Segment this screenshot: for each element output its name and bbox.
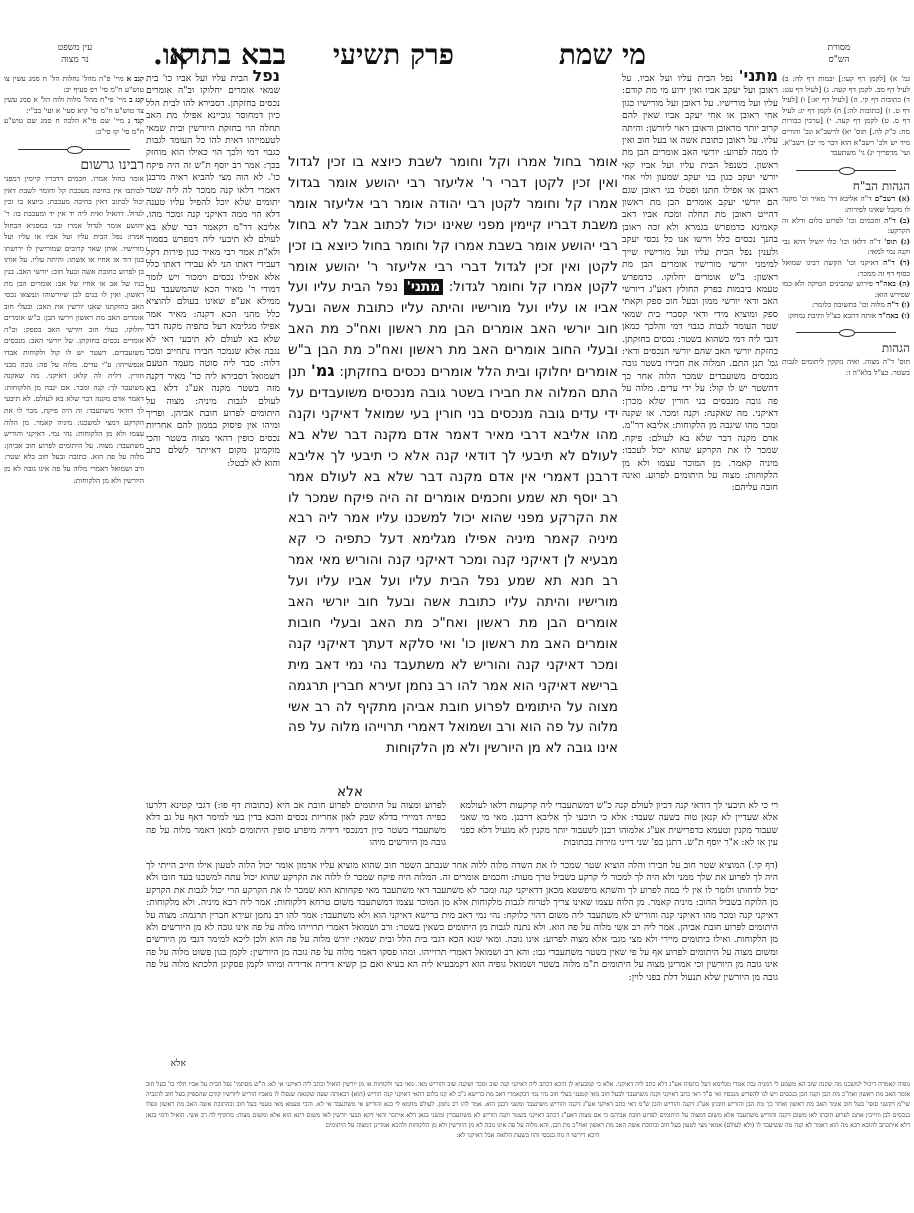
footer-notes: גופיה קאמרה דיכול למשכנו מה שקנה שוב הא …: [146, 1080, 910, 1172]
ornament-divider: [796, 165, 896, 175]
gemara-opening: אומר בחול אמרו וקל וחומר לשבת כיוצא בו ז…: [288, 154, 618, 295]
header-chapter-title: מי שמת: [559, 38, 646, 72]
rabbeinu-gershom-text: אומר בחול אמרו. חכמים דדבריו קיימין דמפנ…: [4, 173, 144, 486]
header-folio: קנו.: [153, 38, 194, 72]
ornament-divider: [18, 144, 130, 154]
hagahot-item: (א) רשב"ם ד"ה אליבא דר' מאיר וס' מקנה לו…: [782, 194, 910, 215]
lower-commentary-left: לפרוע ומצוה על היתומים לפרוע חובת אב היא…: [146, 800, 446, 858]
footer-text: גופיה קאמרה דיכול למשכנו מה שקנה שוב הא …: [146, 1081, 910, 1129]
ein-mishpat-list: קנב א מיי' פ"ה מהל' נחלות הל' ח סמג עשין…: [4, 74, 144, 138]
rabbeinu-gershom-title: רבינו גרשום: [4, 160, 144, 171]
lower-commentary-full: (דף קי.) המוציא שטר חוב על חבירו והלה הו…: [146, 860, 778, 1056]
hagahot-habach-title: הגהות הב"ח: [782, 181, 910, 192]
rashi-column: מתני' נפל הבית עליו ועל אביו. על ראובן ו…: [622, 70, 778, 760]
hagahot-item: (ז) באה"ד אותה דהכא כצ"ל ותיבת נמחק:: [782, 311, 910, 322]
ein-mishpat-item: קנד ג מיי' שם פי"א הלכה ח סמג שם טוש"ע ח…: [4, 116, 144, 137]
header-mesorat-hashas-label: מסורת הש"ס: [804, 42, 874, 66]
tosafot-column: נפל הבית עליו ועל אביו כו' בית שמאי אומר…: [146, 70, 280, 760]
hagahot-item: (ו) ד"ה מלוה וכו' בתשובה כלומר:: [782, 300, 910, 311]
tosafot-dibbur-hamatchil: נפל: [253, 70, 280, 85]
left-margin: קנב א מיי' פ"ה מהל' נחלות הל' ח סמג עשין…: [4, 74, 144, 1074]
rashi-dibbur-hamatchil: מתני': [739, 70, 778, 85]
gemara-main-text: אומר בחול אמרו וקל וחומר לשבת כיוצא בו ז…: [288, 152, 618, 784]
lower-commentary-right: רי כי לא תיבעי לך דודאי קנה דכיון לעולם …: [460, 800, 778, 858]
ein-mishpat-item: קנג ב מיי' פי"ח מהל' מלוה ולוה הל' א סמג…: [4, 95, 144, 116]
hagahot-habach-list: (א) רשב"ם ד"ה אליבא דר' מאיר וס' מקנה לו…: [782, 194, 910, 321]
hagahot-item: (ה) באה"ד פירוש שהבינים הטיקה ולא כמו שפ…: [782, 279, 910, 300]
header-chapter-number: פרק תשיעי: [333, 38, 454, 72]
hagahot-title: הגהות: [782, 343, 910, 354]
header-ein-mishpat-label: עין משפט נר מצוה: [30, 42, 120, 66]
footer-last-line: היכא דירשו ה נוה בנכסי והוו בשעת הלואה א…: [146, 1131, 910, 1141]
lower-commentary-catchword: אלא: [146, 1058, 186, 1070]
gemara-label: גמ': [311, 361, 335, 380]
hagahot-text: תוס' ד"ה מצוה. ואיה נזקקין ליתומים לגבות…: [782, 357, 910, 378]
ein-mishpat-item: קנב א מיי' פ"ה מהל' נחלות הל' ח סמג עשין…: [4, 74, 144, 95]
ornament-divider: [796, 327, 896, 337]
mesorat-hashas-text: גמ' א) [לקמן דף קעו:] יבמות דף לח: ב) לע…: [782, 74, 910, 159]
hagahot-item: (ג) תוס' ד"ה דלאו וכו' כלו יושיל דהא גבי…: [782, 237, 910, 258]
hagahot-item: (ד) ד"ה דאיקני וכו' הקשה רבינו שמואל בסו…: [782, 258, 910, 279]
right-margin: גמ' א) [לקמן דף קעו:] יבמות דף לח: ב) לע…: [782, 74, 910, 554]
hagahot-item: (ב) ד"ה וחכמים וכו' לפרוע כלום ודלא זה ה…: [782, 216, 910, 237]
rashi-top-wide: [440, 70, 622, 154]
tosafot-text: הבית עליו ועל אביו כו' בית שמאי אומרים י…: [146, 73, 280, 469]
gemara-text: תנן התם המלוה את חבירו בשטר גובה מנכסים …: [288, 364, 618, 756]
rashi-text: נפל הבית עליו ועל אביו. על ראובן ועל יעק…: [622, 73, 778, 493]
mishna-label: מתני': [404, 279, 443, 295]
